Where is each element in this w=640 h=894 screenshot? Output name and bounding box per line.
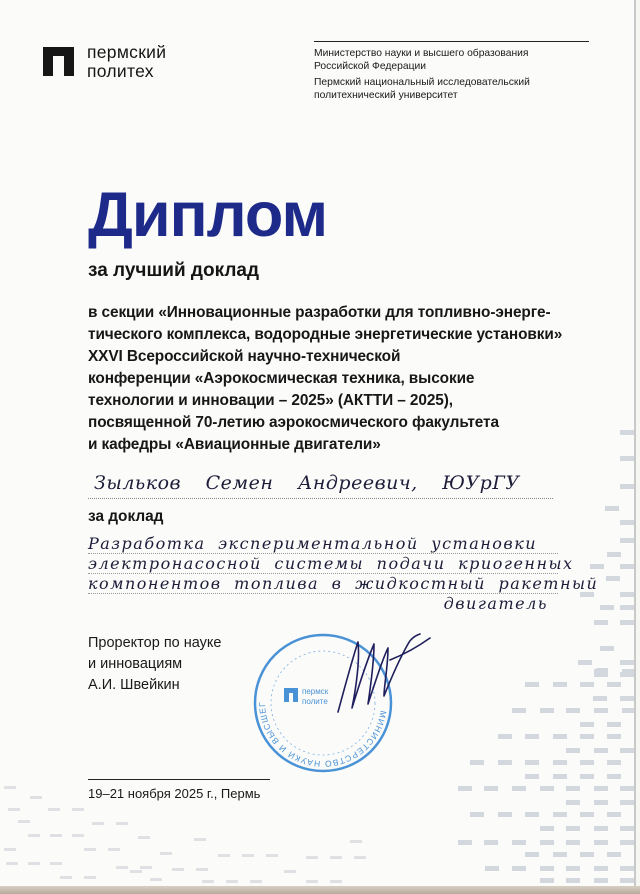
polytech-p-logo-icon (43, 47, 74, 76)
logo-line-1: пермский (87, 43, 166, 62)
recipient-name-handwritten: Зыльков Семен Андреевич, ЮУрГУ (94, 472, 520, 494)
signer-position-line-1: Проректор по науке (88, 633, 222, 654)
award-description: в секции «Инновационные разработки для т… (88, 302, 628, 456)
report-title-field: Разработка экспериментальной установки э… (88, 534, 558, 613)
scan-bottom-edge (0, 886, 640, 894)
signer-block: Проректор по науке и инновациям А.И. Шве… (88, 633, 222, 696)
logo-wordmark: пермский политех (87, 43, 166, 81)
description-line: конференции «Аэрокосмическая техника, вы… (88, 368, 628, 390)
footer-divider (88, 779, 270, 780)
signer-position-line-2: и инновациям (88, 654, 222, 675)
university-line-2: политехнический университет (314, 90, 530, 103)
report-title-line: Разработка экспериментальной установки (88, 534, 558, 554)
for-report-label: за доклад (88, 508, 163, 526)
description-line: посвященной 70-летию аэрокосмического фа… (88, 412, 628, 434)
university-logo: пермский политех (43, 43, 166, 81)
signature-icon (330, 630, 440, 720)
description-line: тического комплекса, водородные энергети… (88, 324, 628, 346)
stamp-logo-text-2: полите (302, 697, 328, 706)
signer-name: А.И. Швейкин (88, 675, 222, 696)
report-title-line: двигатель (88, 594, 558, 613)
diploma-title: Диплом (88, 180, 327, 250)
header-divider (314, 41, 589, 42)
report-title-line: электронасосной системы подачи криогенны… (88, 554, 558, 574)
ministry-line-2: Российской Федерации (314, 61, 530, 74)
ministry-line-1: Министерство науки и высшего образования (314, 48, 530, 61)
logo-line-2: политех (87, 62, 166, 81)
description-line: в секции «Инновационные разработки для т… (88, 302, 628, 324)
recipient-field: Зыльков Семен Андреевич, ЮУрГУ (88, 470, 553, 499)
description-line: технологии и инновации – 2025» (АКТТИ – … (88, 390, 628, 412)
description-line: XXVI Всероссийской научно-технической (88, 346, 628, 368)
description-line: и кафедры «Авиационные двигатели» (88, 434, 628, 456)
stamp-logo-text-1: пермск (302, 687, 329, 696)
report-title-line: компонентов топлива в жидкостный ракетны… (88, 574, 558, 594)
university-line-1: Пермский национальный исследовательский (314, 77, 530, 90)
event-date-place: 19–21 ноября 2025 г., Пермь (88, 786, 260, 801)
diploma-subtitle: за лучший доклад (88, 260, 259, 282)
issuer-block: Министерство науки и высшего образования… (314, 48, 530, 102)
